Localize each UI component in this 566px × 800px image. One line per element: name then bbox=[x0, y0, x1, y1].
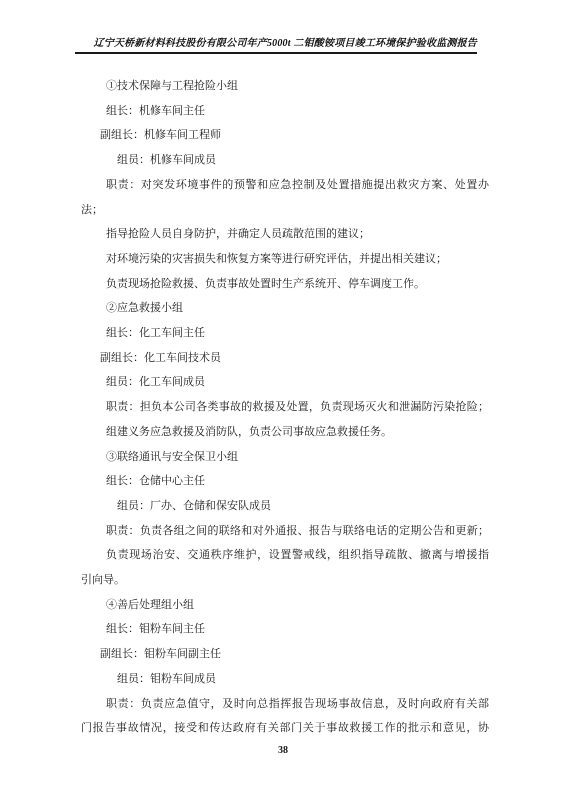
doc-line: 职责：对突发环境事件的预警和应急控制及处置措施提出救灾方案、处置办 bbox=[81, 173, 489, 198]
doc-line: 负责现场治安、交通秩序维护，设置警戒线，组织指导疏散、撤离与增援指 bbox=[81, 543, 489, 568]
page-header-title: 辽宁天桥新材料科技股份有限公司年产5000t 二钼酸铵项目竣工环境保护验收监测报… bbox=[75, 34, 477, 49]
doc-line: 引向导。 bbox=[81, 568, 489, 593]
doc-line: 职责：担负本公司各类事故的救援及处置，负责现场灭火和泄漏防污染抢险； bbox=[81, 395, 489, 420]
doc-line: 组员：机修车间成员 bbox=[81, 148, 489, 173]
doc-line: 指导抢险人员自身防护，并确定人员疏散范围的建议； bbox=[81, 222, 489, 247]
doc-line: 负责现场抢险救援、负责事故处置时生产系统开、停车调度工作。 bbox=[81, 272, 489, 297]
doc-line: 组长：机修车间主任 bbox=[81, 99, 489, 124]
doc-line: 组员：化工车间成员 bbox=[81, 370, 489, 395]
document-page: 辽宁天桥新材料科技股份有限公司年产5000t 二钼酸铵项目竣工环境保护验收监测报… bbox=[0, 0, 566, 800]
doc-line: 职责：负责各组之间的联络和对外通报、报告与联络电话的定期公告和更新； bbox=[81, 519, 489, 544]
page-header: 辽宁天桥新材料科技股份有限公司年产5000t 二钼酸铵项目竣工环境保护验收监测报… bbox=[75, 34, 477, 54]
doc-line: ①技术保障与工程抢险小组 bbox=[81, 74, 489, 99]
doc-line: 副组长：化工车间技术员 bbox=[81, 346, 489, 371]
doc-line: 组员：钼粉车间成员 bbox=[81, 667, 489, 692]
page-number: 38 bbox=[278, 745, 288, 756]
doc-line: 职责：负责应急值守，及时向总指挥报告现场事故信息，及时向政府有关部 bbox=[81, 692, 489, 717]
page-footer: 38 bbox=[0, 740, 566, 758]
doc-line: 组长：化工车间主任 bbox=[81, 321, 489, 346]
doc-line: 门报告事故情况，接受和传达政府有关部门关于事故救援工作的批示和意见，协 bbox=[81, 716, 489, 741]
doc-line: ④善后处理组小组 bbox=[81, 593, 489, 618]
doc-line: 对环境污染的灾害损失和恢复方案等进行研究评估，并提出相关建议； bbox=[81, 247, 489, 272]
doc-line: 组建义务应急救援及消防队，负责公司事故应急救援任务。 bbox=[81, 420, 489, 445]
doc-line: ③联络通讯与安全保卫小组 bbox=[81, 445, 489, 470]
document-body: ①技术保障与工程抢险小组 组长：机修车间主任 副组长：机修车间工程师 组员：机修… bbox=[81, 74, 489, 741]
doc-line: ②应急救援小组 bbox=[81, 296, 489, 321]
doc-line: 副组长：钼粉车间副主任 bbox=[81, 642, 489, 667]
doc-line: 副组长：机修车间工程师 bbox=[81, 123, 489, 148]
doc-line: 组长：钼粉车间主任 bbox=[81, 617, 489, 642]
doc-line: 组员：厂办、仓储和保安队成员 bbox=[81, 494, 489, 519]
doc-line: 法； bbox=[81, 198, 489, 223]
doc-line: 组长：仓储中心主任 bbox=[81, 469, 489, 494]
